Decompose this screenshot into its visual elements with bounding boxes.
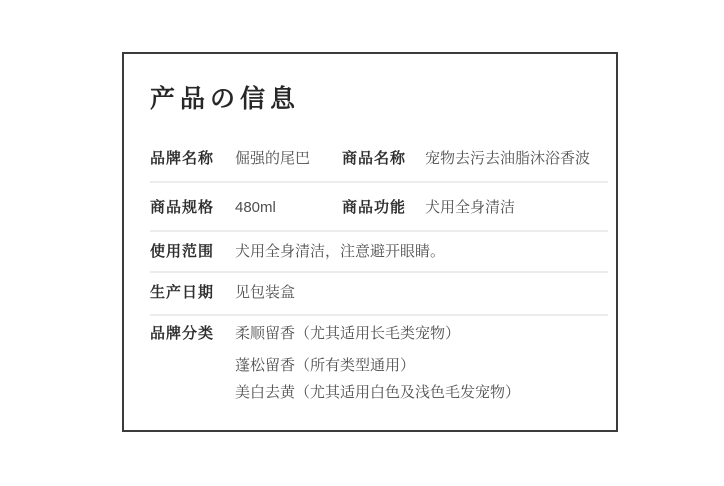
brand-category-item: 柔顺留香（尤其适用长毛类宠物） — [235, 325, 520, 342]
product-spec-label: 商品规格 — [150, 199, 235, 216]
production-date-value: 见包装盒 — [235, 284, 608, 301]
usage-scope-value: 犬用全身清洁，注意避开眼睛。 — [235, 243, 608, 260]
table-row-usage-scope: 使用范围 犬用全身清洁，注意避开眼睛。 — [150, 232, 608, 273]
table-row-spec-and-function: 商品规格 480ml 商品功能 犬用全身清洁 — [150, 183, 608, 232]
product-function-label: 商品功能 — [342, 199, 425, 216]
production-date-label: 生产日期 — [150, 284, 235, 301]
brand-name-value: 倔强的尾巴 — [235, 150, 342, 167]
table-row-brand-categories: 品牌分类 柔顺留香（尤其适用长毛类宠物） 蓬松留香（所有类型通用） 美白去黄（尤… — [150, 316, 608, 406]
product-name-value: 宠物去污去油脂沐浴香波 — [425, 150, 608, 167]
usage-scope-label: 使用范围 — [150, 243, 235, 260]
brand-categories-values: 柔顺留香（尤其适用长毛类宠物） 蓬松留香（所有类型通用） 美白去黄（尤其适用白色… — [235, 325, 520, 406]
product-info-card: 产品の信息 品牌名称 倔强的尾巴 商品名称 宠物去污去油脂沐浴香波 商品规格 4… — [122, 52, 618, 432]
product-function-value: 犬用全身清洁 — [425, 199, 608, 216]
table-row-production-date: 生产日期 见包装盒 — [150, 273, 608, 316]
product-info-title: 产品の信息 — [150, 84, 608, 114]
product-spec-value: 480ml — [235, 199, 342, 216]
table-row-brand-and-product-name: 品牌名称 倔强的尾巴 商品名称 宠物去污去油脂沐浴香波 — [150, 150, 608, 183]
brand-name-label: 品牌名称 — [150, 150, 235, 167]
brand-categories-label: 品牌分类 — [150, 325, 235, 342]
product-name-label: 商品名称 — [342, 150, 425, 167]
brand-category-item: 美白去黄（尤其适用白色及浅色毛发宠物） — [235, 379, 520, 406]
product-spec-table: 品牌名称 倔强的尾巴 商品名称 宠物去污去油脂沐浴香波 商品规格 480ml 商… — [150, 150, 608, 406]
brand-category-item: 蓬松留香（所有类型通用） — [235, 352, 520, 379]
